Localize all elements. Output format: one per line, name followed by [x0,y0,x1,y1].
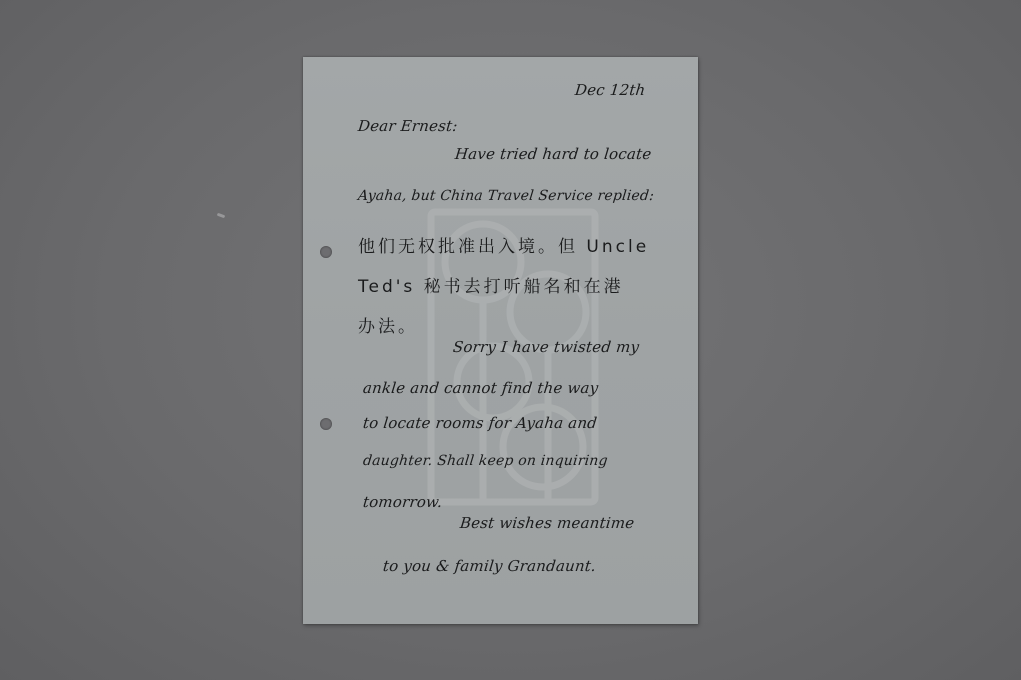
punch-hole-top [320,246,332,258]
letter-line: ankle and cannot find the way [362,379,599,397]
letter-line: tomorrow. [362,493,443,511]
letter-closing: Best wishes meantime [459,514,635,532]
letter-line: daughter. Shall keep on inquiring [362,453,608,469]
letter-line: to locate rooms for Ayaha and [362,414,598,432]
letter-line: 办法。 [358,312,418,337]
letter-salutation: Dear Ernest: [357,117,459,135]
letter-date: Dec 12th [574,81,646,99]
letter-line: Ted's 秘书去打听船名和在港 [358,272,624,297]
letter-line: Have tried hard to locate [454,145,652,163]
letter-line: Sorry I have twisted my [452,338,640,356]
letter-line: Ayaha, but China Travel Service replied: [357,188,655,204]
punch-hole-bottom [320,418,332,430]
letter-signoff: to you & family Grandaunt. [382,557,597,575]
letter-sheet: Dec 12th Dear Ernest: Have tried hard to… [303,57,698,624]
letter-line: 他们无权批准出入境。但 Uncle [358,232,649,257]
